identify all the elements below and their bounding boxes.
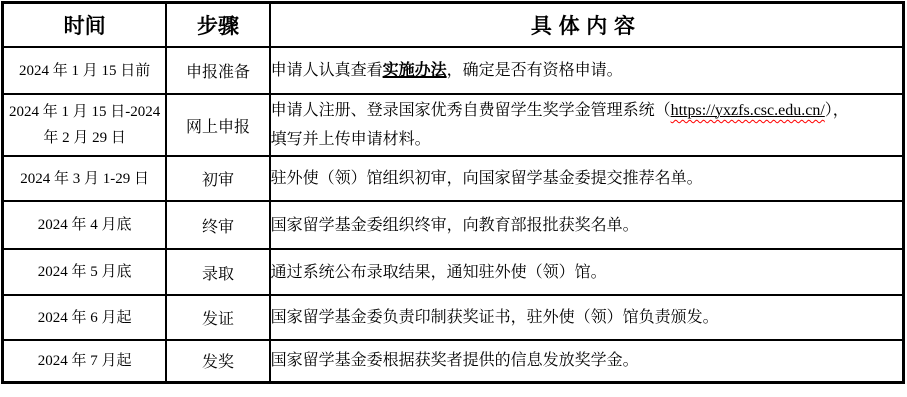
content-text: 申请人认真查看	[271, 62, 383, 79]
step-cell: 申报准备	[166, 47, 269, 94]
time-cell: 2024 年 4 月底	[3, 201, 167, 249]
table-row: 2024 年 3 月 1-29 日初审驻外使（领）馆组织初审，向国家留学基金委提…	[3, 156, 904, 201]
content-cell: 国家留学基金委根据获奖者提供的信息发放奖学金。	[270, 340, 904, 382]
system-url-link[interactable]: https://yxzfs.csc.edu.cn/	[671, 102, 825, 119]
step-cell: 录取	[166, 249, 269, 295]
table-row: 2024 年 7 月起发奖国家留学基金委根据获奖者提供的信息发放奖学金。	[3, 340, 904, 382]
content-text: 国家留学基金委负责印制获奖证书，驻外使（领）馆负责颁发。	[271, 309, 719, 326]
implementation-measures-link[interactable]: 实施办法	[383, 62, 447, 79]
table-row: 2024 年 6 月起发证国家留学基金委负责印制获奖证书，驻外使（领）馆负责颁发…	[3, 295, 904, 340]
header-content: 具体内容	[270, 3, 904, 48]
time-cell: 2024 年 7 月起	[3, 340, 167, 382]
time-cell: 2024 年 6 月起	[3, 295, 167, 340]
content-text: 通过系统公布录取结果，通知驻外使（领）馆。	[271, 264, 607, 281]
content-text: ，确定是否有资格申请。	[447, 62, 623, 79]
content-cell: 通过系统公布录取结果，通知驻外使（领）馆。	[270, 249, 904, 295]
table-row: 2024 年 1 月 15 日前申报准备申请人认真查看实施办法，确定是否有资格申…	[3, 47, 904, 94]
table-row: 2024 年 1 月 15 日-2024 年 2 月 29 日网上申报申请人注册…	[3, 94, 904, 156]
time-cell: 2024 年 5 月底	[3, 249, 167, 295]
application-schedule-table: 时间 步骤 具体内容 2024 年 1 月 15 日前申报准备申请人认真查看实施…	[1, 1, 905, 384]
header-time: 时间	[3, 3, 167, 48]
content-cell: 申请人注册、登录国家优秀自费留学生奖学金管理系统（https://yxzfs.c…	[270, 94, 904, 156]
time-cell: 2024 年 3 月 1-29 日	[3, 156, 167, 201]
header-row: 时间 步骤 具体内容	[3, 3, 904, 48]
content-text: 国家留学基金委组织终审，向教育部报批获奖名单。	[271, 217, 639, 234]
content-cell: 驻外使（领）馆组织初审，向国家留学基金委提交推荐名单。	[270, 156, 904, 201]
time-cell: 2024 年 1 月 15 日前	[3, 47, 167, 94]
spellcheck-squiggle-text: https://yxzfs.csc.edu.cn/	[671, 102, 825, 119]
content-cell: 申请人认真查看实施办法，确定是否有资格申请。	[270, 47, 904, 94]
content-text: 申请人注册、登录国家优秀自费留学生奖学金管理系统（	[271, 102, 671, 119]
time-cell: 2024 年 1 月 15 日-2024 年 2 月 29 日	[3, 94, 167, 156]
table-row: 2024 年 4 月底终审国家留学基金委组织终审，向教育部报批获奖名单。	[3, 201, 904, 249]
step-cell: 终审	[166, 201, 269, 249]
document-page: 时间 步骤 具体内容 2024 年 1 月 15 日前申报准备申请人认真查看实施…	[0, 0, 907, 397]
table-row: 2024 年 5 月底录取通过系统公布录取结果，通知驻外使（领）馆。	[3, 249, 904, 295]
step-cell: 发奖	[166, 340, 269, 382]
step-cell: 发证	[166, 295, 269, 340]
step-cell: 初审	[166, 156, 269, 201]
header-step: 步骤	[166, 3, 269, 48]
content-cell: 国家留学基金委负责印制获奖证书，驻外使（领）馆负责颁发。	[270, 295, 904, 340]
content-text: 国家留学基金委根据获奖者提供的信息发放奖学金。	[271, 352, 639, 369]
step-cell: 网上申报	[166, 94, 269, 156]
content-cell: 国家留学基金委组织终审，向教育部报批获奖名单。	[270, 201, 904, 249]
content-text: 驻外使（领）馆组织初审，向国家留学基金委提交推荐名单。	[271, 170, 703, 187]
